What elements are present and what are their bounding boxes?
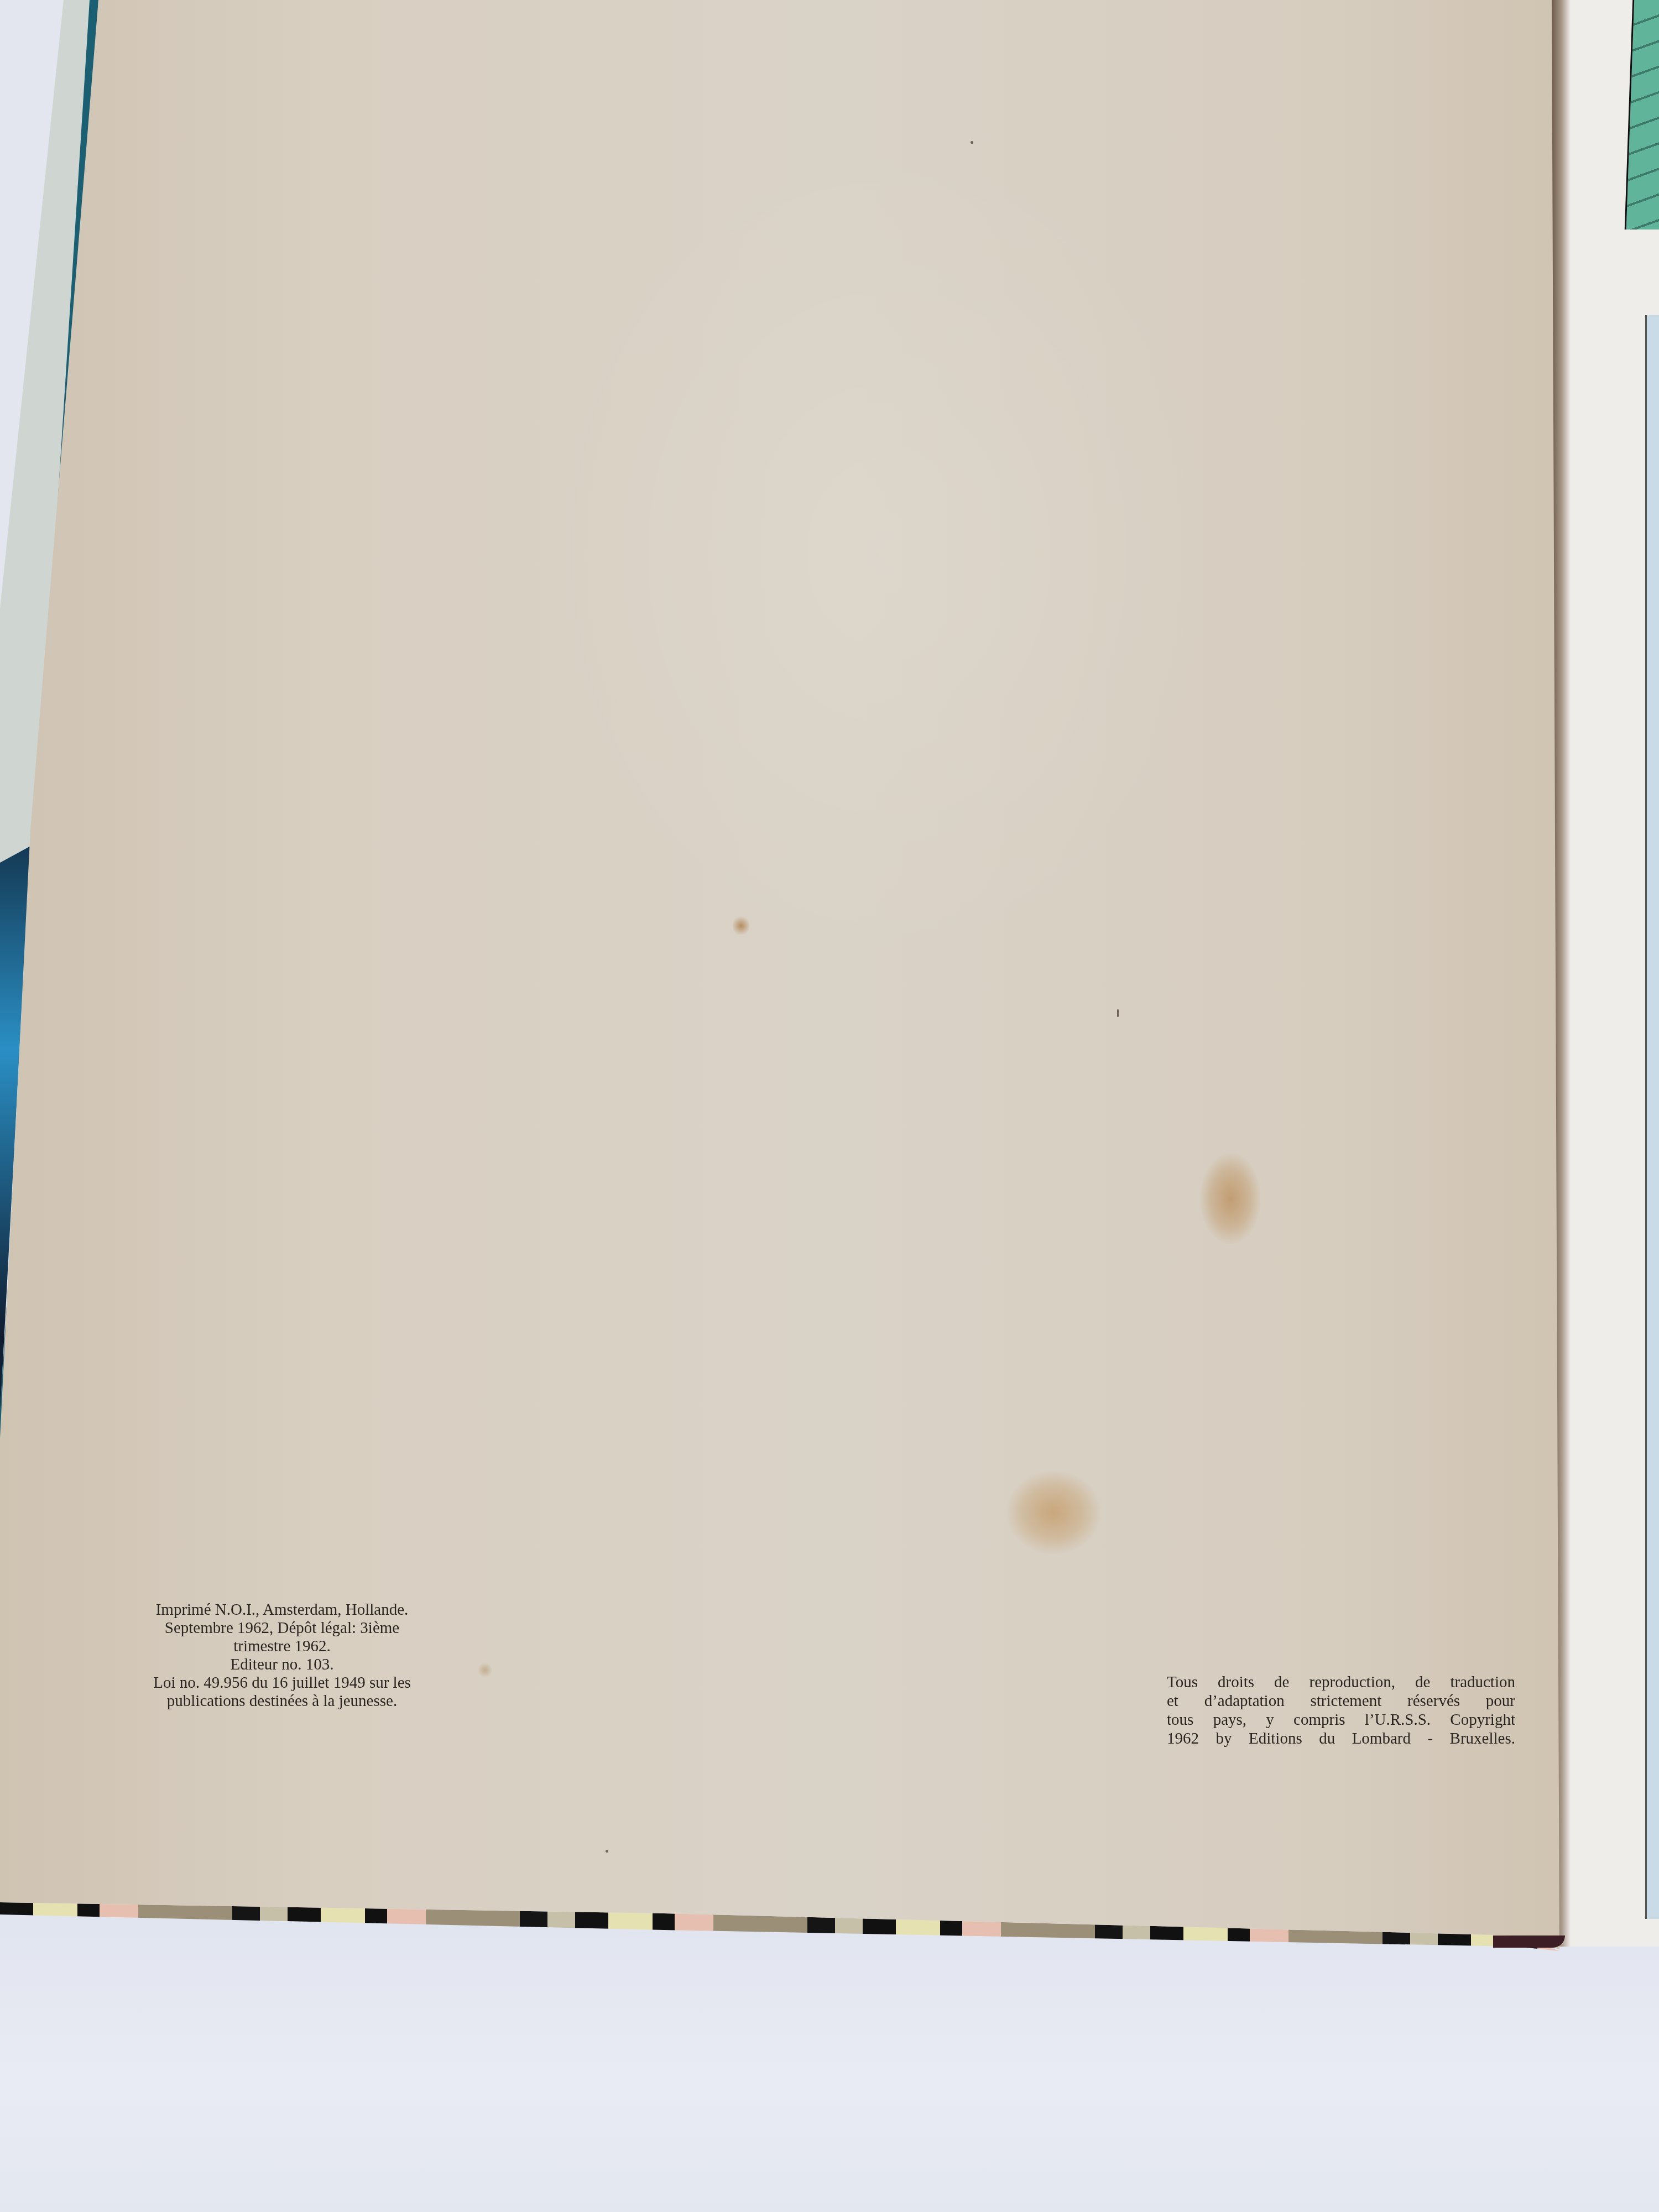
copyright-line: et d’adaptation strictement réservés pou… <box>1167 1692 1515 1710</box>
imprint-line: Loi no. 49.956 du 16 juillet 1949 sur le… <box>108 1674 456 1692</box>
imprint-line: Editeur no. 103. <box>108 1656 456 1674</box>
copyright-line: tous pays, y compris l’U.R.S.S. Copyrigh… <box>1167 1710 1515 1729</box>
foxing-stain <box>733 915 749 936</box>
paper-speck <box>606 1850 608 1853</box>
right-facing-page <box>1559 0 1659 1947</box>
right-comic-panel-blue <box>1645 315 1659 1919</box>
copyright-block: Tous droits de reproduction, de traducti… <box>1167 1673 1515 1748</box>
imprint-line: trimestre 1962. <box>108 1637 456 1656</box>
foxing-stain <box>1006 1471 1100 1554</box>
copyright-line: Tous droits de reproduction, de traducti… <box>1167 1673 1515 1692</box>
imprint-line: Imprimé N.O.I., Amsterdam, Hollande. <box>108 1601 456 1619</box>
paper-speck <box>971 141 973 144</box>
page-corner-edge <box>1493 1936 1565 1948</box>
imprint-block: Imprimé N.O.I., Amsterdam, Hollande. Sep… <box>108 1601 456 1710</box>
foxing-stain <box>478 1662 492 1678</box>
foxing-stain <box>1200 1153 1261 1244</box>
imprint-line: publications destinées à la jeunesse. <box>108 1692 456 1710</box>
imprint-line: Septembre 1962, Dépôt légal: 3ième <box>108 1619 456 1637</box>
copyright-line: 1962 by Editions du Lombard - Bruxelles. <box>1167 1729 1515 1748</box>
paper-speck <box>1117 1009 1119 1017</box>
